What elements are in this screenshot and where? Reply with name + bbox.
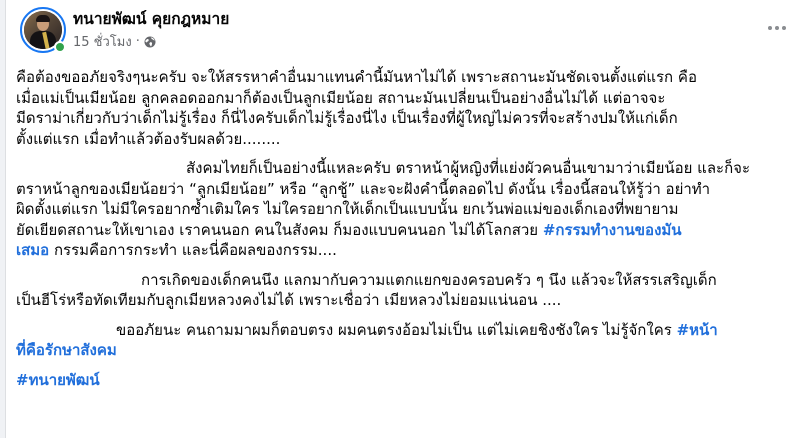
paragraph-5: #ทนายพัฒน์ — [16, 370, 796, 391]
text-line: คือต้องขออภัยจริงๆนะครับ จะให้สรรหาคำอื่… — [16, 67, 796, 88]
text-line: ที่คือรักษาสังคม — [16, 340, 796, 361]
hashtag-link-duty[interactable]: #หน้า — [677, 321, 718, 339]
online-status-dot — [54, 41, 66, 53]
text-line: ตราหน้าลูกของเมียน้อยว่า “ลูกเมียน้อย” ห… — [16, 179, 796, 200]
text-line: เมื่อแม่เป็นเมียน้อย ลูกคลอดออกมาก็ต้องเ… — [16, 88, 796, 109]
paragraph-3: การเกิดของเด็กคนนึง แลกมากับความแตกแยกขอ… — [16, 270, 796, 311]
text-line: เสมอ กรรมคือการกระทำ และนี่คือผลของกรรม.… — [16, 240, 796, 261]
left-edge-border — [0, 0, 6, 438]
facebook-post: ทนายพัฒน์ คุยกฎหมาย 15 ชั่วโมง · คือต้อง… — [7, 0, 800, 438]
post-timestamp[interactable]: 15 ชั่วโมง — [73, 31, 132, 52]
paragraph-2: สังคมไทยก็เป็นอย่างนี้แหละครับ ตราหน้าผู… — [16, 158, 796, 261]
text-line: สังคมไทยก็เป็นอย่างนี้แหละครับ ตราหน้าผู… — [16, 158, 796, 179]
hashtag-link-author[interactable]: #ทนายพัฒน์ — [16, 371, 100, 389]
hashtag-link-duty-cont[interactable]: ที่คือรักษาสังคม — [16, 341, 117, 359]
text-segment: ยัดเยียดสถานะให้เขาเอง เราคนนอก คนในสังค… — [16, 221, 543, 239]
more-options-button[interactable] — [765, 20, 789, 36]
paragraph-1: คือต้องขออภัยจริงๆนะครับ จะให้สรรหาคำอื่… — [16, 67, 796, 149]
more-horizontal-icon — [768, 26, 772, 30]
globe-icon[interactable] — [144, 36, 156, 48]
post-body: คือต้องขออภัยจริงๆนะครับ จะให้สรรหาคำอื่… — [16, 67, 796, 399]
text-line: เป็นฮีโร่หรือทัดเทียมกับลูกเมียหลวงคงไม่… — [16, 290, 796, 311]
author-name[interactable]: ทนายพัฒน์ คุยกฎหมาย — [73, 6, 229, 31]
meta-separator: · — [136, 34, 140, 49]
hashtag-link-karma-cont[interactable]: เสมอ — [16, 241, 49, 259]
author-avatar[interactable] — [20, 7, 66, 53]
text-line: การเกิดของเด็กคนนึง แลกมากับความแตกแยกขอ… — [16, 270, 796, 291]
text-line: ผิดตั้งแต่แรก ไม่มีใครอยากซ้ำเติมใคร ไม่… — [16, 199, 796, 220]
paragraph-4: ขออภัยนะ คนถามมาผมก็ตอบตรง ผมคนตรงอ้อมไม… — [16, 320, 796, 361]
text-line: มีดราม่าเกี่ยวกับว่าเด็กไม่รู้เรื่อง ก็น… — [16, 108, 796, 129]
text-line: ยัดเยียดสถานะให้เขาเอง เราคนนอก คนในสังค… — [16, 220, 796, 241]
text-line: #ทนายพัฒน์ — [16, 370, 796, 391]
hashtag-link-karma[interactable]: #กรรมทำงานของมัน — [543, 221, 682, 239]
text-segment: ขออภัยนะ คนถามมาผมก็ตอบตรง ผมคนตรงอ้อมไม… — [116, 321, 677, 339]
post-header: ทนายพัฒน์ คุยกฎหมาย 15 ชั่วโมง · — [7, 0, 800, 60]
text-line: ขออภัยนะ คนถามมาผมก็ตอบตรง ผมคนตรงอ้อมไม… — [16, 320, 796, 341]
post-meta: 15 ชั่วโมง · — [73, 31, 156, 52]
text-line: ตั้งแต่แรก เมื่อทำแล้วต้องรับผลด้วย.....… — [16, 129, 796, 150]
text-segment: กรรมคือการกระทำ และนี่คือผลของกรรม.... — [49, 241, 337, 259]
